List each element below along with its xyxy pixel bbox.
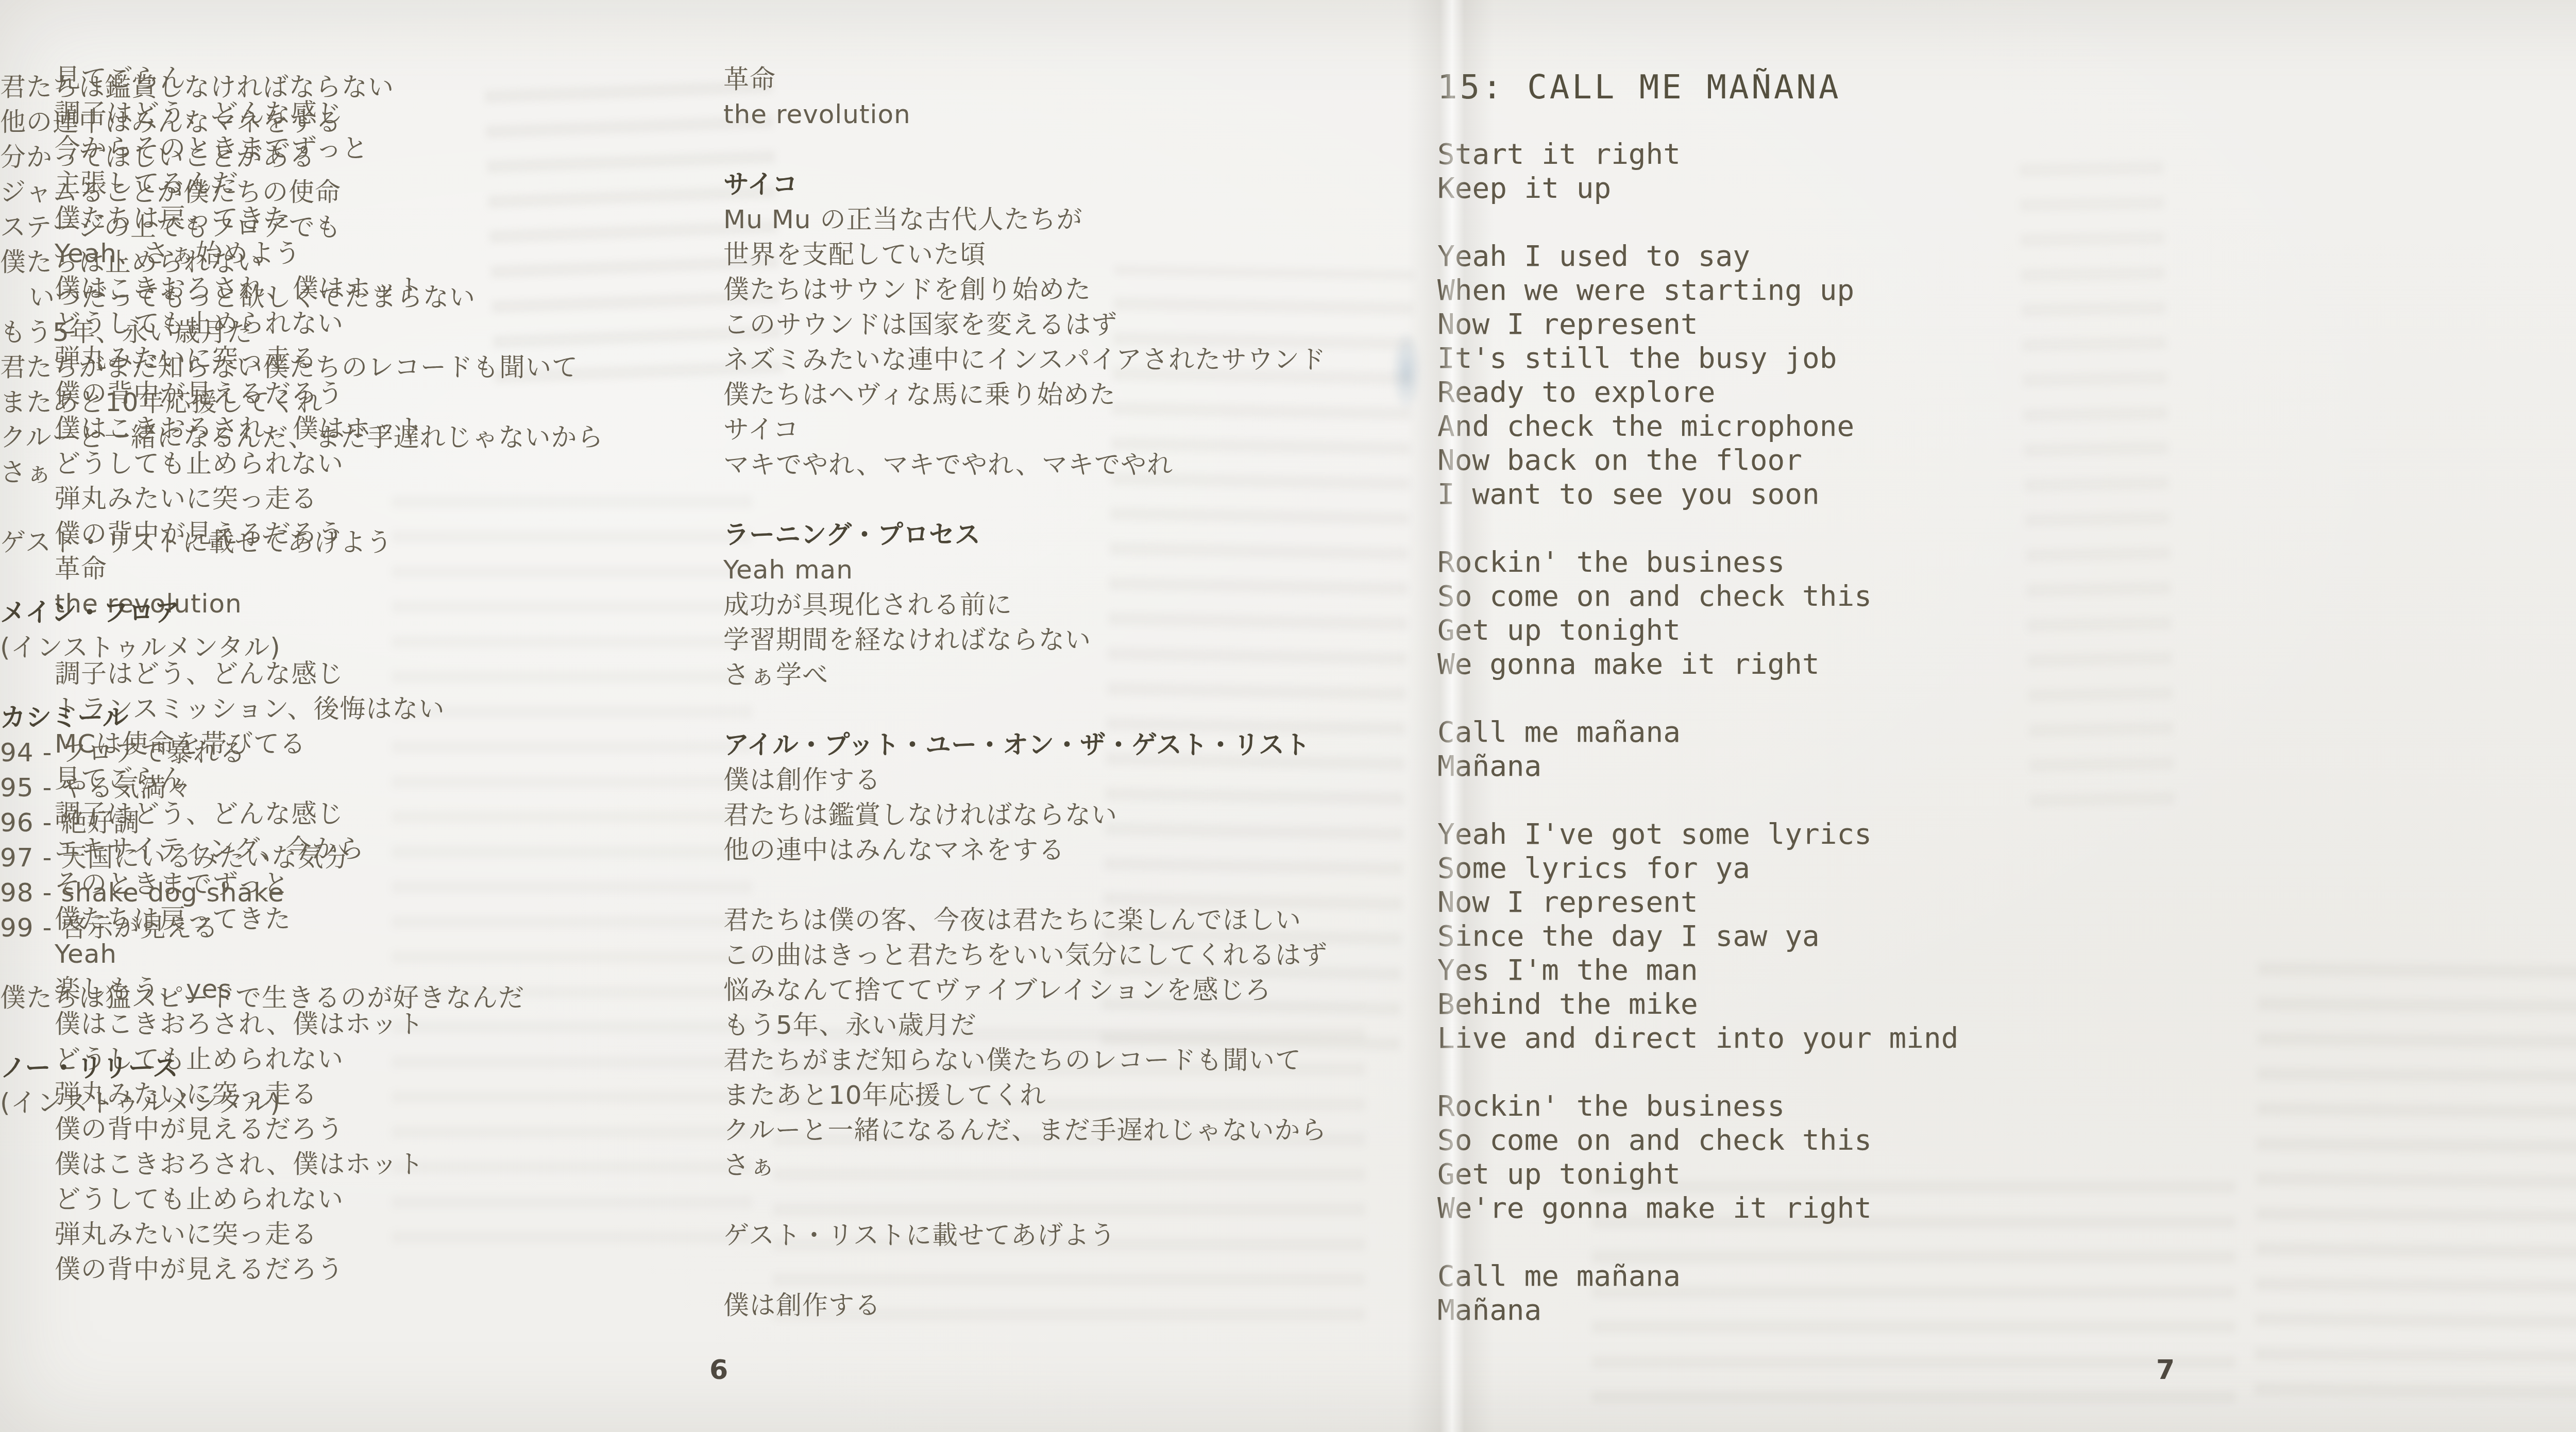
lyric-line: 革命 — [723, 62, 1328, 97]
lyric-line: We gonna make it right — [1437, 647, 1958, 681]
lyric-line: 僕たちはサウンドを創り始めた — [723, 272, 1328, 307]
lyric-line: もう5年、永い歳月だ — [723, 1008, 1328, 1043]
lyric-line: ネズミみたいな連中にインスパイアされたサウンド — [723, 342, 1328, 377]
lyric-line: この曲はきっと君たちをいい気分にしてくれるはず — [723, 937, 1328, 973]
lyric-line: Rockin' the business — [1437, 1089, 1958, 1123]
lyric-line: もう5年、永い歳月だ — [0, 315, 604, 350]
lyric-line: Ready to explore — [1437, 376, 1958, 410]
lyric-line: Since the day I saw ya — [1437, 919, 1958, 953]
lyric-line: So come on and check this — [1437, 579, 1958, 613]
lyric-line: どうしても止められない — [55, 1182, 445, 1217]
lyric-line: マキでやれ、マキでやれ、マキでやれ — [723, 447, 1328, 482]
lyric-line: さぁ — [723, 1148, 1328, 1183]
song-title: 15: CALL ME MAÑANA — [1437, 70, 1958, 106]
lyric-line: When we were starting up — [1437, 274, 1958, 308]
lyric-line: 世界を支配していた頃 — [723, 237, 1328, 272]
booklet-page-right: 君たちは鑑賞しなければならない他の連中はみんなマネをする分かってほしいことがある… — [1437, 0, 2576, 1432]
lyric-line: 僕は創作する — [723, 1288, 1328, 1323]
lyric-line: またあと10年応援してくれ — [0, 385, 604, 420]
lyric-line: 95 - やる気満々 — [0, 770, 604, 805]
lyric-line: 悩みなんて捨ててヴァイブレイションを感じろ — [723, 973, 1328, 1008]
lyric-line: ゲスト・リストに載せてあげよう — [723, 1218, 1328, 1253]
lyric-line: ノー・リリース — [0, 1050, 604, 1085]
lyric-line: 僕は創作する — [723, 762, 1328, 797]
lyric-line: クルーと一緒になるんだ、まだ手遅れじゃないから — [0, 420, 604, 455]
lyric-line: It's still the busy job — [1437, 342, 1958, 376]
english-lyrics-lines: Start it rightKeep it up Yeah I used to … — [1437, 138, 1958, 1327]
lyric-line: I want to see you soon — [1437, 478, 1958, 512]
lyric-line: さぁ学べ — [723, 657, 1328, 692]
lyric-line: Now back on the floor — [1437, 444, 1958, 478]
lyric-line: 97 - 天国にいるみたいな気分 — [0, 840, 604, 875]
japanese-lyrics-column-2: 革命the revolution サイコMu Mu の正当な古代人たちが世界を支… — [723, 62, 1328, 1323]
lyric-line: Keep it up — [1437, 172, 1958, 206]
lyric-line: ゲスト・リストに載せてあげよう — [0, 525, 604, 560]
lyric-line: (インストゥルメンタル) — [0, 1085, 604, 1120]
lyric-line: ラーニング・プロセス — [723, 517, 1328, 552]
lyric-line: Now I represent — [1437, 308, 1958, 342]
lyric-line: メイン・フロア — [0, 595, 604, 630]
lyric-line: Call me mañana — [1437, 1259, 1958, 1293]
lyric-line: 他の連中はみんなマネをする — [723, 832, 1328, 867]
lyric-line: Get up tonight — [1437, 1157, 1958, 1191]
page-number-left: 6 — [0, 1355, 1437, 1386]
lyric-line: 君たちがまだ知らない僕たちのレコードも聞いて — [0, 350, 604, 385]
lyric-line: 96 - 絶好調 — [0, 805, 604, 840]
lyric-line: クルーと一緒になるんだ、まだ手遅れじゃないから — [723, 1113, 1328, 1148]
lyric-line: the revolution — [723, 97, 1328, 132]
lyric-line: 学習期間を経なければならない — [723, 622, 1328, 657]
song-title-text: CALL ME MAÑANA — [1527, 69, 1841, 107]
lyric-line: Yeah man — [723, 552, 1328, 587]
lyric-line: Some lyrics for ya — [1437, 851, 1958, 885]
lyric-line: このサウンドは国家を変えるはず — [723, 307, 1328, 342]
lyric-line: 君たちは鑑賞しなければならない — [723, 797, 1328, 832]
lyric-line: ステージの上でもフロアでも — [0, 210, 604, 245]
lyric-line: Call me mañana — [1437, 715, 1958, 749]
lyric-line: サイコ — [723, 167, 1328, 202]
lyric-line: 僕たちは猛スピードで生きるのが好きなんだ — [0, 980, 604, 1015]
lyric-line: またあと10年応援してくれ — [723, 1078, 1328, 1113]
lyric-line: サイコ — [723, 412, 1328, 447]
lyric-line: いつだってもっと欲しくてたまらない — [0, 280, 604, 315]
booklet-scan: 見てごらん調子はどう、どんな感じ今からそのときまでずっと主張してるんだ僕たちは戻… — [0, 0, 2576, 1432]
lyric-line: Now I represent — [1437, 885, 1958, 919]
lyric-line: 成功が具現化される前に — [723, 587, 1328, 622]
lyric-line: 他の連中はみんなマネをする — [0, 105, 604, 140]
lyric-line: 僕はこきおろされ、僕はホット — [55, 1147, 445, 1182]
lyric-line: Start it right — [1437, 138, 1958, 172]
lyric-line: We're gonna make it right — [1437, 1191, 1958, 1225]
lyric-line: 君たちは鑑賞しなければならない — [0, 70, 604, 105]
lyric-line: ジャムることが僕たちの使命 — [0, 175, 604, 210]
lyric-line: Yeah I've got some lyrics — [1437, 817, 1958, 851]
lyric-line: Mu Mu の正当な古代人たちが — [723, 202, 1328, 237]
lyric-line: カシミール — [0, 700, 604, 735]
lyric-line: And check the microphone — [1437, 410, 1958, 444]
lyric-line: Get up tonight — [1437, 613, 1958, 647]
lyric-line: Behind the mike — [1437, 987, 1958, 1021]
lyric-line: 98 - shake dog shake — [0, 875, 604, 910]
track-number: 15: — [1437, 69, 1505, 107]
lyric-line: Rockin' the business — [1437, 545, 1958, 579]
english-lyrics-column: 15: CALL ME MAÑANA Start it rightKeep it… — [1437, 70, 1958, 1327]
lyric-line: 94 - フロアで暴れる — [0, 735, 604, 770]
lyric-line: Yes I'm the man — [1437, 953, 1958, 987]
lyric-line: So come on and check this — [1437, 1123, 1958, 1157]
lyric-line: さぁ — [0, 455, 604, 490]
lyric-line: Live and direct into your mind — [1437, 1021, 1958, 1055]
lyric-line: 君たちがまだ知らない僕たちのレコードも聞いて — [723, 1043, 1328, 1078]
lyric-line: Mañana — [1437, 1293, 1958, 1327]
lyric-line: Yeah I used to say — [1437, 240, 1958, 274]
lyric-line: Mañana — [1437, 749, 1958, 783]
lyric-line: (インストゥルメンタル) — [0, 630, 604, 665]
page-number-right: 7 — [2156, 1355, 2259, 1386]
lyric-line: アイル・プット・ユー・オン・ザ・ゲスト・リスト — [723, 727, 1328, 762]
lyric-line: 分かってほしいことがある — [0, 140, 604, 175]
lyric-line: 99 - 啓示が見える — [0, 910, 604, 945]
lyric-line: 君たちは僕の客、今夜は君たちに楽しんでほしい — [723, 902, 1328, 937]
japanese-lyrics-column-3: 君たちは鑑賞しなければならない他の連中はみんなマネをする分かってほしいことがある… — [0, 70, 604, 1120]
lyric-line: 僕たちはヘヴィな馬に乗り始めた — [723, 377, 1328, 412]
lyric-line: 僕の背中が見えるだろう — [55, 1252, 445, 1287]
lyric-line: 僕たちは止められない — [0, 245, 604, 280]
lyric-line: 弾丸みたいに突っ走る — [55, 1217, 445, 1252]
